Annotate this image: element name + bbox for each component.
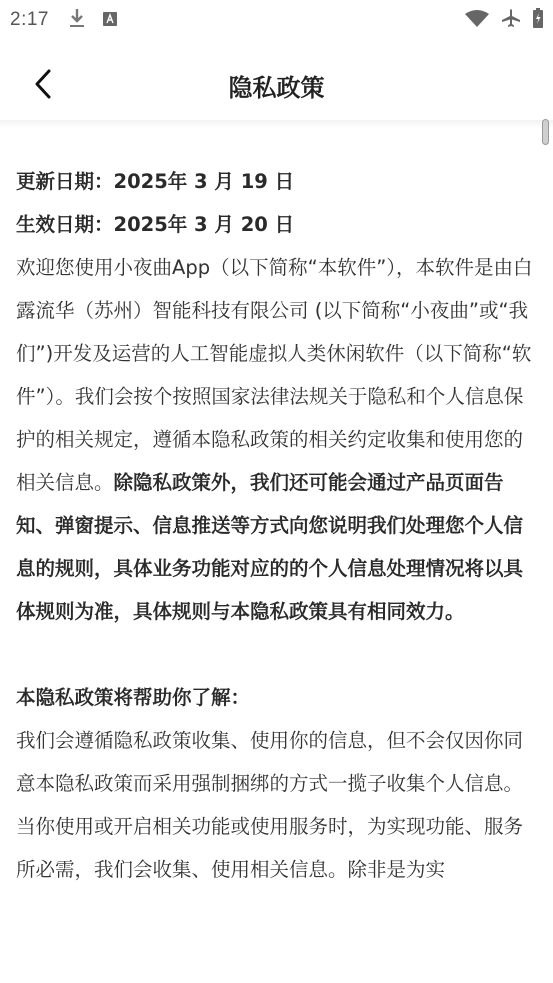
effective-date: 生效日期：2025年 3 月 20 日 [16, 203, 536, 246]
chevron-left-icon [34, 69, 52, 103]
header-divider [0, 120, 553, 128]
policy-content: 更新日期：2025年 3 月 19 日 生效日期：2025年 3 月 20 日 … [16, 160, 536, 891]
paragraph-functions: 当你使用或开启相关功能或使用服务时，为实现功能、服务所必需，我们会收集、使用相关… [16, 805, 536, 891]
wifi-icon [465, 9, 489, 31]
intro-text: 欢迎您使用小夜曲App（以下简称“本软件”），本软件是由白露流华（苏州）智能科技… [16, 256, 533, 494]
updated-date: 更新日期：2025年 3 月 19 日 [16, 160, 536, 203]
airplane-mode-icon [501, 8, 521, 32]
spacer [16, 633, 536, 676]
status-right-icons [465, 8, 543, 32]
paragraph-collect: 我们会遵循隐私政策收集、使用你的信息，但不会仅因你同意本隐私政策而采用强制捆绑的… [16, 719, 536, 805]
text-accessibility-icon [103, 11, 117, 30]
page-title: 隐私政策 [229, 68, 325, 103]
status-time: 2:17 [10, 9, 49, 31]
section-heading: 本隐私政策将帮助你了解： [16, 676, 536, 719]
download-icon [69, 8, 85, 32]
app-header: 隐私政策 [0, 50, 553, 120]
scrollbar[interactable] [542, 119, 549, 145]
battery-charging-icon [533, 8, 543, 32]
status-left-icons [69, 8, 117, 32]
status-bar: 2:17 [0, 0, 553, 40]
back-button[interactable] [28, 68, 58, 104]
intro-paragraph: 欢迎您使用小夜曲App（以下简称“本软件”），本软件是由白露流华（苏州）智能科技… [16, 246, 536, 633]
